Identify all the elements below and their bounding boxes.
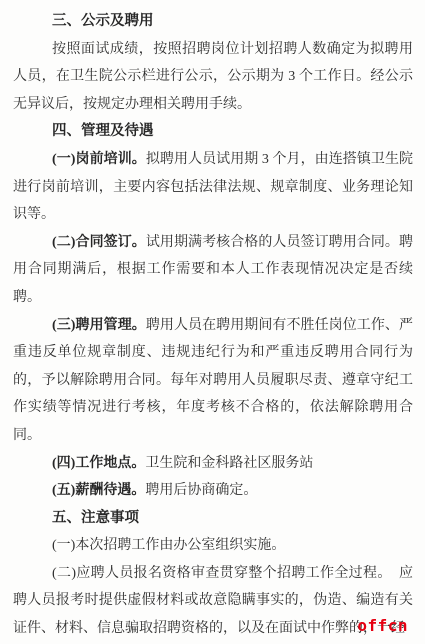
paragraph-lead: (四)工作地点。: [52, 456, 145, 471]
paragraph-text: 聘用人员在聘用期间有不胜任岗位工作、严重违反单位规章制度、违规违纪行为和严重违反…: [13, 318, 413, 443]
section-heading-management-treatment: 四、管理及待遇: [13, 118, 413, 146]
paragraph-text: 聘用后协商确定。: [145, 483, 257, 498]
document-page: 三、公示及聘用 按照面试成绩，按照招聘岗位计划招聘人数确定为拟聘用人员，在卫生院…: [0, 0, 425, 644]
paragraph-text: 卫生院和金科路社区服务站: [145, 456, 313, 471]
offcn-watermark: offcn: [357, 612, 408, 640]
paragraph-lead: (一)岗前培训。: [52, 152, 146, 167]
paragraph-salary-treatment: (五)薪酬待遇。聘用后协商确定。: [13, 477, 413, 505]
paragraph-text: (一)本次招聘工作由办公室组织实施。: [52, 538, 285, 553]
paragraph-text: 按照面试成绩，按照招聘岗位计划招聘人数确定为拟聘用人员，在卫生院公示栏进行公示，…: [13, 42, 413, 112]
paragraph-contract-signing: (二)合同签订。试用期满考核合格的人员签订聘用合同。聘用合同期满后，根据工作需要…: [13, 229, 413, 312]
paragraph-organized-by-office: (一)本次招聘工作由办公室组织实施。: [13, 532, 413, 560]
paragraph-pre-job-training: (一)岗前培训。拟聘用人员试用期 3 个月，由连搭镇卫生院进行岗前培训，主要内容…: [13, 146, 413, 229]
paragraph-employment-management: (三)聘用管理。聘用人员在聘用期间有不胜任岗位工作、严重违反单位规章制度、违规违…: [13, 312, 413, 450]
paragraph-lead: (五)薪酬待遇。: [52, 483, 145, 498]
section-heading-publicity-employment: 三、公示及聘用: [13, 8, 413, 36]
section-heading-notes: 五、注意事项: [13, 505, 413, 533]
paragraph-publicity-body: 按照面试成绩，按照招聘岗位计划招聘人数确定为拟聘用人员，在卫生院公示栏进行公示，…: [13, 36, 413, 119]
paragraph-lead: (二)合同签订。: [52, 235, 146, 250]
paragraph-lead: (三)聘用管理。: [52, 318, 146, 333]
paragraph-work-location: (四)工作地点。卫生院和金科路社区服务站: [13, 450, 413, 478]
paragraph-text: (二)应聘人员报名资格审查贯穿整个招聘工作全过程。 应聘人员报考时提供虚假材料或…: [13, 566, 413, 636]
paragraph-qualification-review: (二)应聘人员报名资格审查贯穿整个招聘工作全过程。 应聘人员报考时提供虚假材料或…: [13, 560, 413, 643]
